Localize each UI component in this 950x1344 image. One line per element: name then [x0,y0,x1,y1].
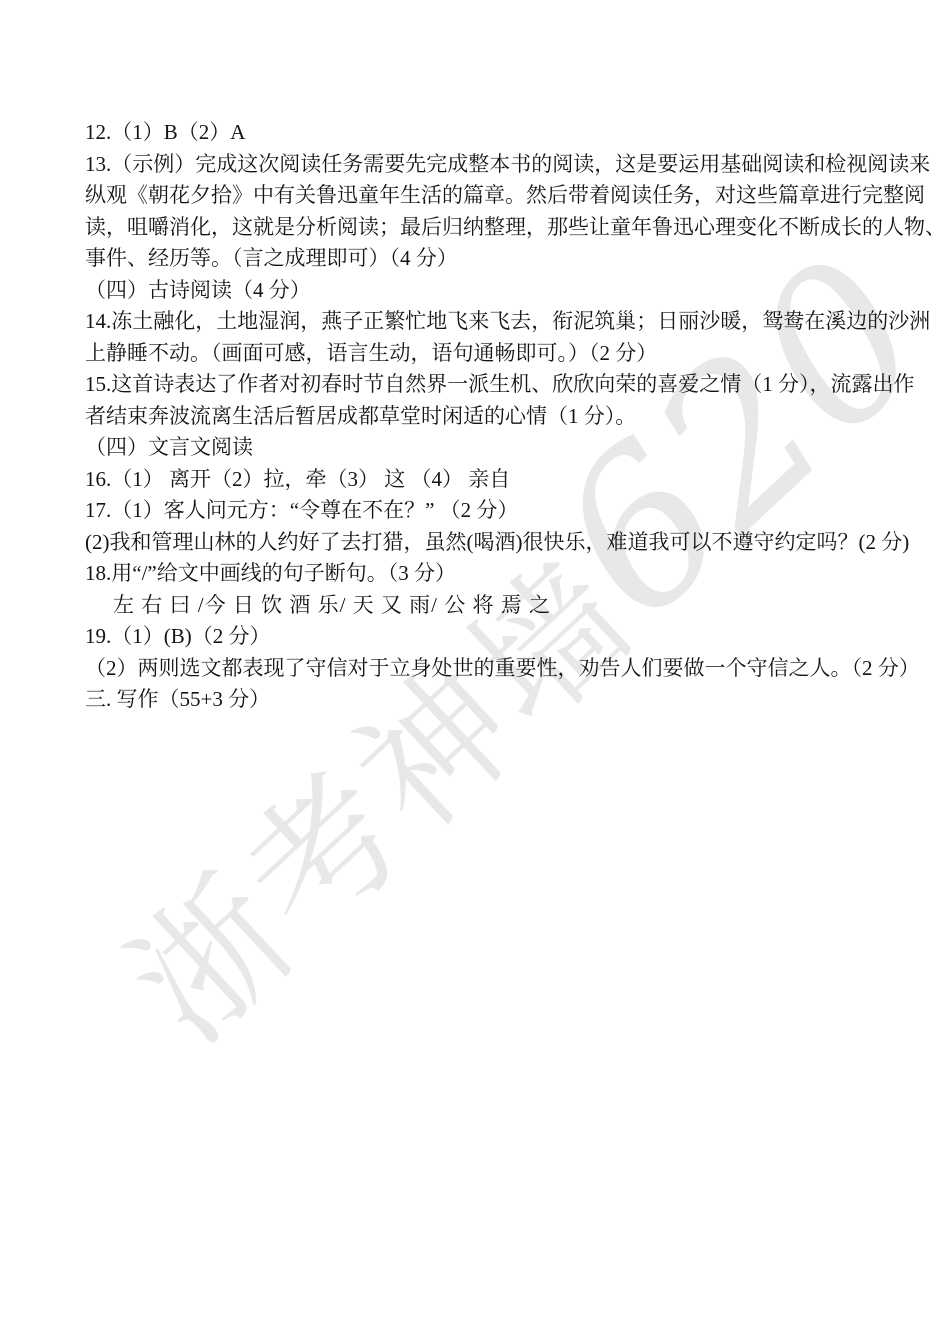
line-answer-14-2: 上静睡不动。（画面可感，语言生动，语句通畅即可。）（2 分） [85,338,875,370]
line-answer-16: 16.（1） 离开（2）拉，牵（3） 这 （4） 亲自 [85,464,875,496]
line-answer-19-1: 19.（1）(B)（2 分） [85,621,875,653]
line-section-poetry: （四）古诗阅读（4 分） [85,275,875,307]
line-answer-14-1: 14.冻土融化，土地湿润，燕子正繁忙地飞来飞去，衔泥筑巢；日丽沙暖，鸳鸯在溪边的… [85,306,875,338]
line-answer-15-2: 者结束奔波流离生活后暂居成都草堂时闲适的心情（1 分）。 [85,401,875,433]
line-section-writing: 三. 写作（55+3 分） [85,684,875,716]
line-answer-13-1: 13.（示例）完成这次阅读任务需要先完成整本书的阅读，这是要运用基础阅读和检视阅… [85,149,875,181]
line-answer-12: 12.（1）B（2）A [85,117,875,149]
line-answer-18-1: 18.用“/”给文中画线的句子断句。（3 分） [85,558,875,590]
line-answer-13-4: 事件、经历等。（言之成理即可）（4 分） [85,243,875,275]
line-answer-17-2: (2)我和管理山林的人约好了去打猎，虽然(喝酒)很快乐，难道我可以不遵守约定吗？… [85,527,875,559]
answer-text-block: 12.（1）B（2）A 13.（示例）完成这次阅读任务需要先完成整本书的阅读，这… [85,117,875,716]
line-answer-19-2: （2）两则选文都表现了守信对于立身处世的重要性，劝告人们要做一个守信之人。（2 … [85,653,875,685]
line-section-classical: （四）文言文阅读 [85,432,875,464]
line-answer-15-1: 15.这首诗表达了作者对初春时节自然界一派生机、欣欣向荣的喜爱之情（1 分），流… [85,369,875,401]
line-answer-17-1: 17.（1）客人问元方：“令尊在不在？” （2 分） [85,495,875,527]
line-answer-18-2: 左 右 曰 /今 日 饮 酒 乐/ 天 又 雨/ 公 将 焉 之 [85,590,875,622]
line-answer-13-3: 读，咀嚼消化，这就是分析阅读；最后归纳整理，那些让童年鲁迅心理变化不断成长的人物… [85,212,875,244]
line-answer-13-2: 纵观《朝花夕拾》中有关鲁迅童年生活的篇章。然后带着阅读任务，对这些篇章进行完整阅 [85,180,875,212]
answer-sheet-page: 浙考神墙620 12.（1）B（2）A 13.（示例）完成这次阅读任务需要先完成… [0,0,950,1344]
